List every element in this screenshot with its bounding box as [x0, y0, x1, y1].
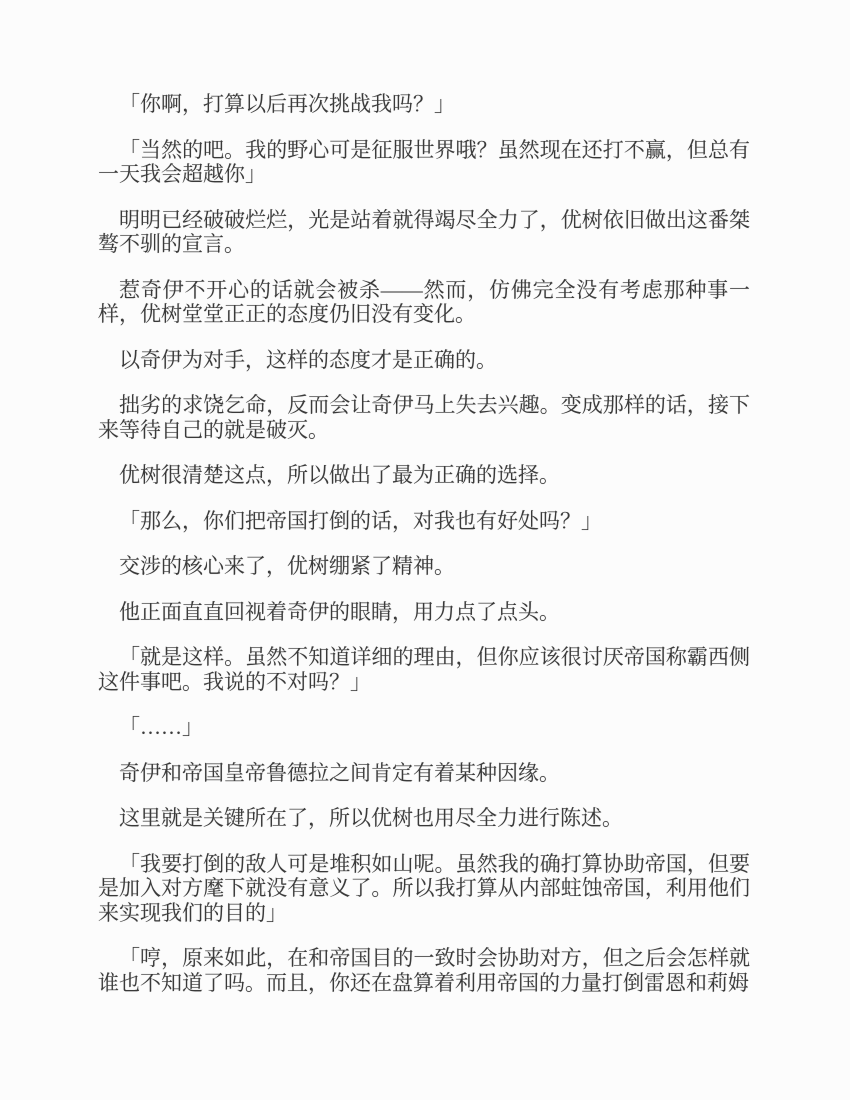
- paragraph: 交涉的核心来了，优树绷紧了精神。: [98, 554, 750, 579]
- paragraph: 他正面直直回视着奇伊的眼睛，用力点了点头。: [98, 600, 750, 625]
- paragraph: 「……」: [98, 715, 750, 740]
- paragraph: 拙劣的求饶乞命，反而会让奇伊马上失去兴趣。变成那样的话，接下来等待自己的就是破灭…: [98, 393, 750, 442]
- paragraph: 奇伊和帝国皇帝鲁德拉之间肯定有着某种因缘。: [98, 761, 750, 786]
- paragraph: 以奇伊为对手，这样的态度才是正确的。: [98, 348, 750, 373]
- paragraph: 「就是这样。虽然不知道详细的理由，但你应该很讨厌帝国称霸西侧这件事吧。我说的不对…: [98, 645, 750, 694]
- paragraph: 「我要打倒的敌人可是堆积如山呢。虽然我的确打算协助帝国，但要是加入对方麾下就没有…: [98, 852, 750, 926]
- paragraph: 「你啊，打算以后再次挑战我吗？」: [98, 92, 750, 117]
- paragraph: 惹奇伊不开心的话就会被杀——然而，仿佛完全没有考虑那种事一样，优树堂堂正正的态度…: [98, 278, 750, 327]
- paragraph: 「当然的吧。我的野心可是征服世界哦？虽然现在还打不赢，但总有一天我会超越你」: [98, 138, 750, 187]
- paragraph: 明明已经破破烂烂，光是站着就得竭尽全力了，优树依旧做出这番桀骜不驯的宣言。: [98, 208, 750, 257]
- paragraph: 优树很清楚这点，所以做出了最为正确的选择。: [98, 463, 750, 488]
- paragraph: 这里就是关键所在了，所以优树也用尽全力进行陈述。: [98, 806, 750, 831]
- paragraph: 「那么，你们把帝国打倒的话，对我也有好处吗？」: [98, 509, 750, 534]
- novel-page: 「你啊，打算以后再次挑战我吗？」 「当然的吧。我的野心可是征服世界哦？虽然现在还…: [98, 92, 750, 1016]
- paragraph: 「哼，原来如此，在和帝国目的一致时会协助对方，但之后会怎样就谁也不知道了吗。而且…: [98, 946, 750, 995]
